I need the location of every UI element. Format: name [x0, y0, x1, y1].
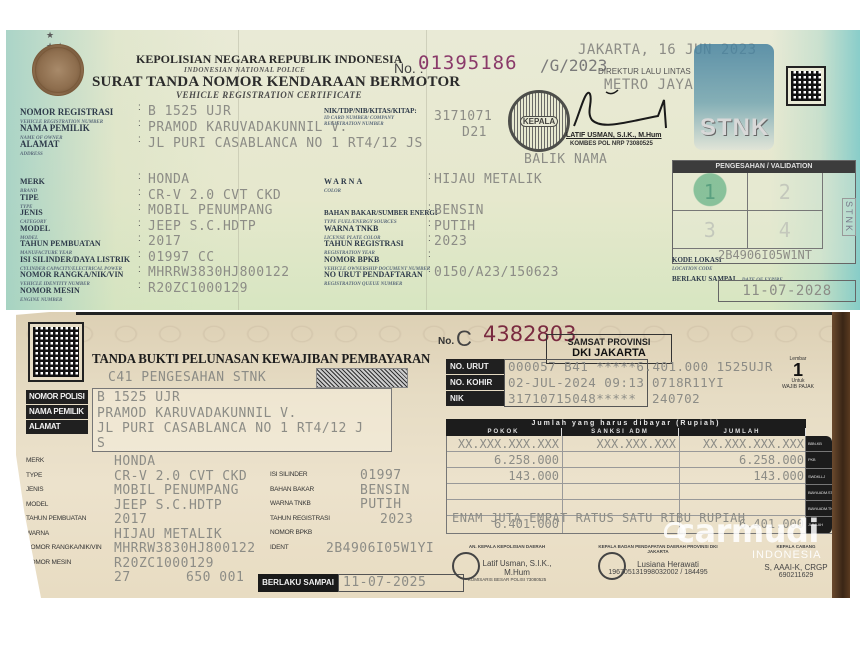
watermark-country: INDONESIA [752, 549, 822, 561]
value-nik-date: 240702 [652, 391, 700, 406]
director-label: DIREKTUR LALU LINTAS [598, 67, 691, 76]
value-tahun-reg: 2023 [380, 512, 413, 527]
stnk-certificate: ★★★ KEPOLISIAN NEGARA REPUBLIK INDONESIA… [6, 30, 860, 310]
value-merk: HONDA [114, 454, 156, 469]
value-mesin: R20ZC1000129 [114, 556, 214, 571]
value-kohir-code: 0718R11YI [652, 375, 724, 390]
nik-label: NIK/TDP/NIB/KITAS/KITAP: [324, 106, 419, 116]
amount-row: 6.258.0006.258.000 [447, 452, 805, 468]
field-address: ALAMAT ADDRESS : JL PURI CASABLANCA NO 1… [20, 134, 460, 150]
value-bahan-bakar: BENSIN [360, 483, 410, 498]
amount-sanksi [563, 452, 680, 467]
pay-vehicle-right: ISI SILINDER01997 BAHAN BAKARBENSIN WARN… [270, 468, 450, 555]
agency-title: KEPOLISIAN NEGARA REPUBLIK INDONESIA [136, 52, 402, 67]
amount-jumlah [680, 484, 807, 499]
owner-box: B 1525 UJR PRAMOD KARUVADAKUNNIL V. JL P… [92, 388, 392, 452]
police-emblem-icon [32, 44, 84, 96]
field-value: PRAMOD KARUVADAKUNNIL V. [148, 120, 348, 135]
amount-sanksi [563, 468, 680, 483]
stnk-vertical-mark: STNK [842, 198, 856, 236]
signatory-rank: KOMBES POL NRP 73080525 [570, 141, 653, 147]
amount-pokok [447, 484, 563, 499]
field-value: JL PURI CASABLANCA NO 1 RT4/12 JS [148, 136, 423, 151]
field-label: ALAMAT [20, 139, 59, 149]
label-nik: NIK [446, 391, 504, 406]
amount-row-label: BBN-KB [806, 436, 832, 452]
label-nama-pemilik: NAMA PEMILIK [26, 405, 88, 419]
field-value: 0150/A23/150623 [434, 265, 559, 280]
amount-row: XX.XXX.XXX.XXXXXX.XXX.XXXXX.XXX.XXX.XXX [447, 436, 805, 452]
amount-jumlah: XX.XXX.XXX.XXX [680, 436, 807, 451]
value-no-urut: 000057 B41 *****6.401.000 1525UJR [508, 359, 773, 374]
amount-sanksi: XXX.XXX.XXX [563, 436, 680, 451]
field-color: WARNA COLOR : HIJAU METALIK [324, 171, 664, 202]
value-model: JEEP S.C.HDTP [114, 498, 222, 513]
barcode-icon [316, 368, 408, 388]
value-alamat-2: S [97, 436, 105, 451]
value-nomor-polisi: B 1525 UJR [97, 390, 180, 405]
amount-pokok: 143.000 [447, 468, 563, 483]
amount-pokok: XX.XXX.XXX.XXX [447, 436, 563, 451]
value-warna-tnkb: PUTIH [360, 497, 402, 512]
nik-value-2: D21 [462, 125, 487, 140]
field-value: 2017 [148, 234, 181, 249]
col-jumlah: JUMLAH [679, 428, 806, 436]
validation-cell-4: 4 [748, 211, 823, 249]
field-value: CR-V 2.0 CVT CKD [148, 188, 281, 203]
value-no-kohir: 02-JUL-2024 09:13 [508, 375, 644, 390]
qr-code-icon [788, 68, 824, 104]
field-plate-color: WARNA TNKB LICENSE PLATE COLOR : PUTIH [324, 218, 664, 234]
label-no-kohir: NO. KOHIR [446, 375, 504, 390]
pay-vehicle-left: MERKHONDA TYPECR-V 2.0 CVT CKD JENISMOBI… [26, 454, 256, 585]
value-tahun: 2017 [114, 512, 147, 527]
field-value: MOBIL PENUMPANG [148, 203, 273, 218]
field-value: HONDA [148, 172, 190, 187]
receipt-no-label: No. [438, 336, 454, 347]
field-label: NAMA PEMILIK [20, 123, 90, 133]
col-sanksi: SANKSI ADM [562, 428, 679, 436]
payment-receipt: TANDA BUKTI PELUNASAN KEWAJIBAN PEMBAYAR… [16, 312, 850, 598]
nik-value: 3171071 [434, 109, 492, 124]
signature-icon [566, 82, 676, 134]
field-sublabel: ADDRESS [20, 152, 460, 158]
label-no-urut: NO. URUT [446, 359, 504, 374]
field-value: JEEP S.C.HDTP [148, 219, 256, 234]
validation-cell-1: 1 [673, 173, 748, 211]
col-pokok: POKOK [446, 428, 562, 436]
receipt-series: C [456, 326, 472, 352]
field-value: MHRRW3830HJ800122 [148, 265, 290, 280]
amount-jumlah: 6.258.000 [680, 452, 807, 467]
location-code-value: 2B4906I05W1NT [718, 248, 812, 262]
doc-number: 01395186 [418, 52, 518, 74]
amount-sanksi [563, 484, 680, 499]
value-jenis: MOBIL PENUMPANG [114, 483, 239, 498]
amount-pokok: 6.258.000 [447, 452, 563, 467]
field-value: 01997 CC [148, 250, 215, 265]
misc-right: 650 001 [186, 570, 244, 585]
balik-nama: BALIK NAMA [524, 152, 607, 167]
value-nik: 31710715048***** [508, 391, 636, 406]
label-nomor-polisi: NOMOR POLISI [26, 390, 88, 404]
receipt-title: TANDA BUKTI PELUNASAN KEWAJIBAN PEMBAYAR… [92, 352, 430, 368]
value-warna: HIJAU METALIK [114, 527, 222, 542]
field-value: 2023 [434, 234, 467, 249]
seal-icon [452, 552, 480, 580]
value-type: CR-V 2.0 CVT CKD [114, 469, 247, 484]
value-ident: 2B4906I05W1YI [326, 541, 434, 556]
signatory-name: LATIF USMAN, S.I.K., M.Hum [566, 132, 662, 139]
certificate-title-en: VEHICLE REGISTRATION CERTIFICATE [176, 90, 362, 100]
agency-title-en: INDONESIAN NATIONAL POLICE [184, 66, 305, 74]
amount-row: 143.000143.000 [447, 468, 805, 484]
field-value: B 1525 UJR [148, 104, 231, 119]
label-alamat: ALAMAT [26, 420, 88, 434]
value-alamat: JL PURI CASABLANCA NO 1 RT4/12 J [97, 421, 363, 436]
validation-title: PENGESAHAN / VALIDATION [673, 161, 855, 173]
value-rangka: MHRRW3830HJ800122 [114, 541, 256, 556]
nik-sublabel: ID CARD NUMBER/ COMPANY REGISTRATION NUM… [324, 116, 419, 128]
watermark-brand: carmudi [676, 512, 819, 550]
top-edge-line [76, 312, 850, 315]
amount-row-label: BIAYA ADM.STNK [806, 485, 832, 501]
amount-jumlah: 143.000 [680, 468, 807, 483]
certificate-title: SURAT TANDA NOMOR KENDARAAN BERMOTOR [92, 74, 460, 91]
field-reg-year: TAHUN REGISTRASI REGISTRATION YEAR : 202… [324, 233, 664, 249]
field-label: NOMOR REGISTRASI [20, 107, 113, 117]
signatory-1: AN. KEPALA KEPOLISIAN DAERAH Latif Usman… [452, 544, 562, 582]
field-fuel: BAHAN BAKAR/SUMBER ENERGI TYPE FUEL/ENER… [324, 202, 664, 218]
kepala-stamp: KEPALA [508, 90, 570, 152]
expiry-label: BERLAKU SAMPAI [258, 574, 338, 592]
validation-cell-3: 3 [673, 211, 748, 249]
lembar-badge: Lembar 1 Untuk WAJIB PAJAK [778, 356, 818, 390]
field-value: R20ZC1000129 [148, 281, 248, 296]
validation-cell-2: 2 [748, 173, 823, 211]
expiry-date: 11-07-2028 [718, 280, 856, 302]
seal-icon [598, 552, 626, 580]
field-queue: NO URUT PENDAFTARAN REGISTRATION QUEUE N… [324, 264, 664, 280]
vehicle-fields-right: WARNA COLOR : HIJAU METALIK BAHAN BAKAR/… [324, 171, 664, 280]
receipt-code: C41 PENGESAHAN STNK [108, 370, 266, 385]
field-bpkb: NOMOR BPKB VEHICLE OWNERSHIP DOCUMENT NU… [324, 249, 664, 265]
amount-row [447, 484, 805, 500]
value-nama-pemilik: PRAMOD KARUVADAKUNNIL V. [97, 406, 297, 421]
field-value: PUTIH [434, 219, 476, 234]
amount-header: Jumlah yang harus dibayar (Rupiah) [446, 419, 806, 428]
field-value: BENSIN [434, 203, 484, 218]
amount-row-label: PKB [806, 452, 832, 468]
field-value: HIJAU METALIK [434, 172, 542, 187]
value-silinder: 01997 [360, 468, 402, 483]
nik-field: NIK/TDP/NIB/KITAS/KITAP: ID CARD NUMBER/… [324, 106, 419, 128]
hologram-text: STNK [700, 114, 769, 142]
misc-left: 27 [114, 570, 131, 585]
qr-code-icon [30, 324, 82, 380]
expiry-date: 11-07-2025 [338, 574, 464, 592]
amount-columns: POKOK SANKSI ADM JUMLAH [446, 428, 806, 436]
amount-row-label: SWDKLLJ [806, 469, 832, 485]
